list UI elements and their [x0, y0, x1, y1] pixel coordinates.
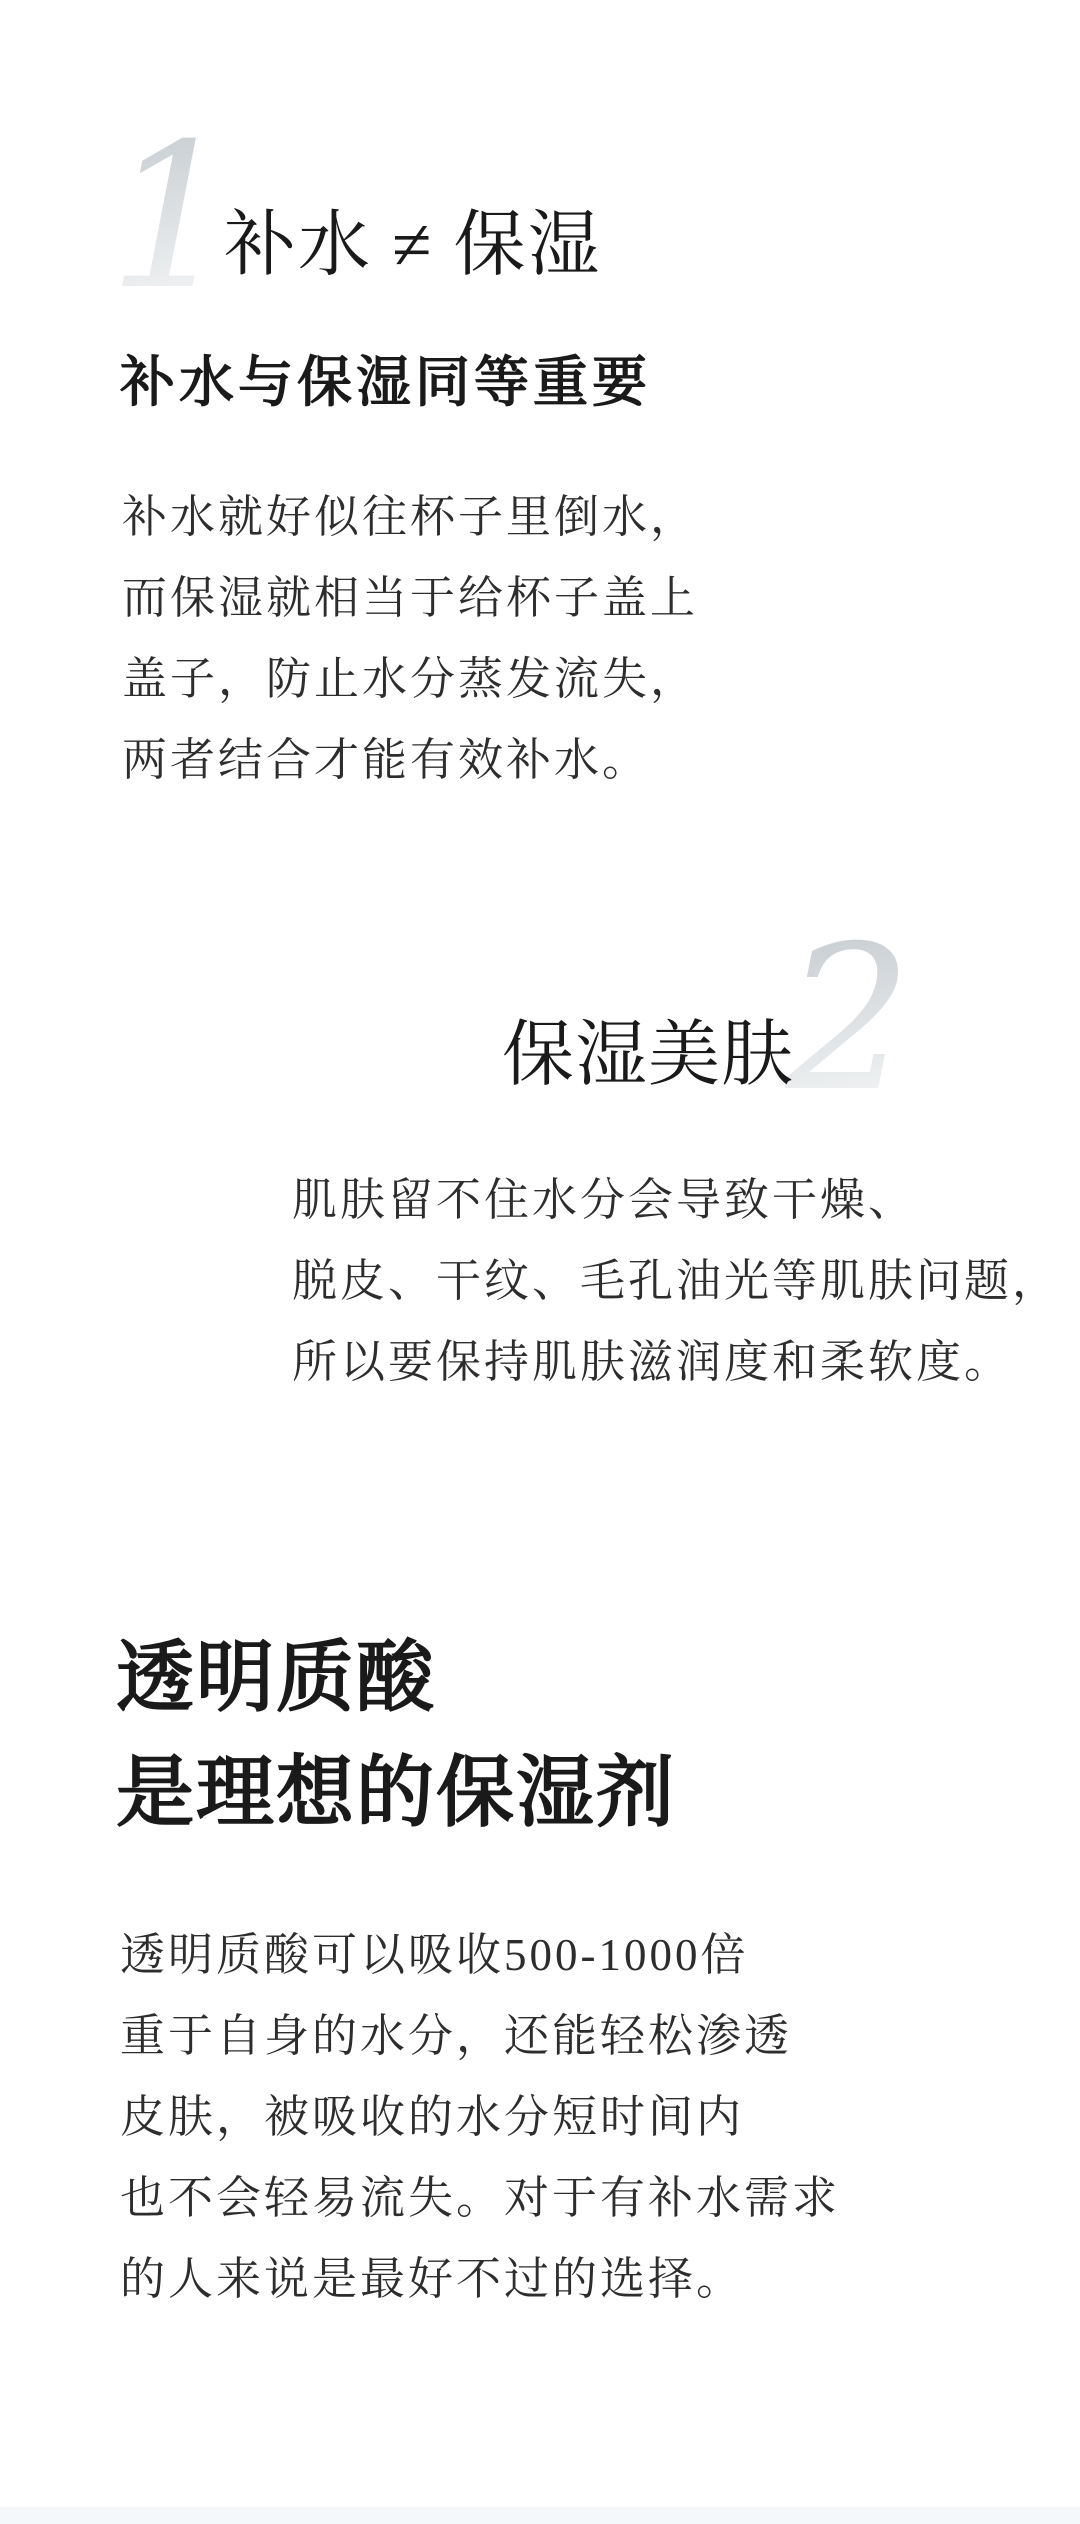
footer-strip [0, 2507, 1080, 2524]
page: 1 补水 ≠ 保湿 补水与保湿同等重要 补水就好似往杯子里倒水， 而保湿就相当于… [0, 0, 1080, 2524]
section-3-paragraph: 透明质酸可以吸收500-1000倍 重于自身的水分，还能轻松渗透 皮肤，被吸收的… [120, 1915, 840, 2320]
paragraph-line: 也不会轻易流失。对于有补水需求 [120, 2158, 840, 2239]
paragraph-line: 盖子，防止水分蒸发流失， [122, 639, 698, 720]
paragraph-line: 所以要保持肌肤滋润度和柔软度。 [292, 1322, 1060, 1403]
paragraph-line: 重于自身的水分，还能轻松渗透 [120, 1996, 840, 2077]
paragraph-line: 补水就好似往杯子里倒水， [122, 477, 698, 558]
paragraph-line: 皮肤，被吸收的水分短时间内 [120, 2077, 840, 2158]
section-1-numeral: 1 [108, 118, 235, 318]
paragraph-line: 透明质酸可以吸收500-1000倍 [120, 1915, 840, 1996]
section-3-heading: 透明质酸 是理想的保湿剂 [116, 1620, 676, 1850]
paragraph-line: 的人来说是最好不过的选择。 [120, 2239, 840, 2320]
paragraph-line: 两者结合才能有效补水。 [122, 720, 698, 801]
section-2-paragraph: 肌肤留不住水分会导致干燥、 脱皮、干纹、毛孔油光等肌肤问题， 所以要保持肌肤滋润… [292, 1160, 1060, 1403]
heading-line: 透明质酸 [116, 1620, 676, 1735]
section-2-numeral: 2 [785, 920, 912, 1120]
section-1-subtitle: 补水与保湿同等重要 [120, 350, 651, 416]
section-1-paragraph: 补水就好似往杯子里倒水， 而保湿就相当于给杯子盖上 盖子，防止水分蒸发流失， 两… [122, 477, 698, 801]
section-1-heading: 补水 ≠ 保湿 [224, 202, 602, 288]
paragraph-line: 肌肤留不住水分会导致干燥、 [292, 1160, 1060, 1241]
section-2-heading: 保湿美肤 [502, 1012, 794, 1098]
paragraph-line: 脱皮、干纹、毛孔油光等肌肤问题， [292, 1241, 1060, 1322]
paragraph-line: 而保湿就相当于给杯子盖上 [122, 558, 698, 639]
heading-line: 是理想的保湿剂 [116, 1735, 676, 1850]
